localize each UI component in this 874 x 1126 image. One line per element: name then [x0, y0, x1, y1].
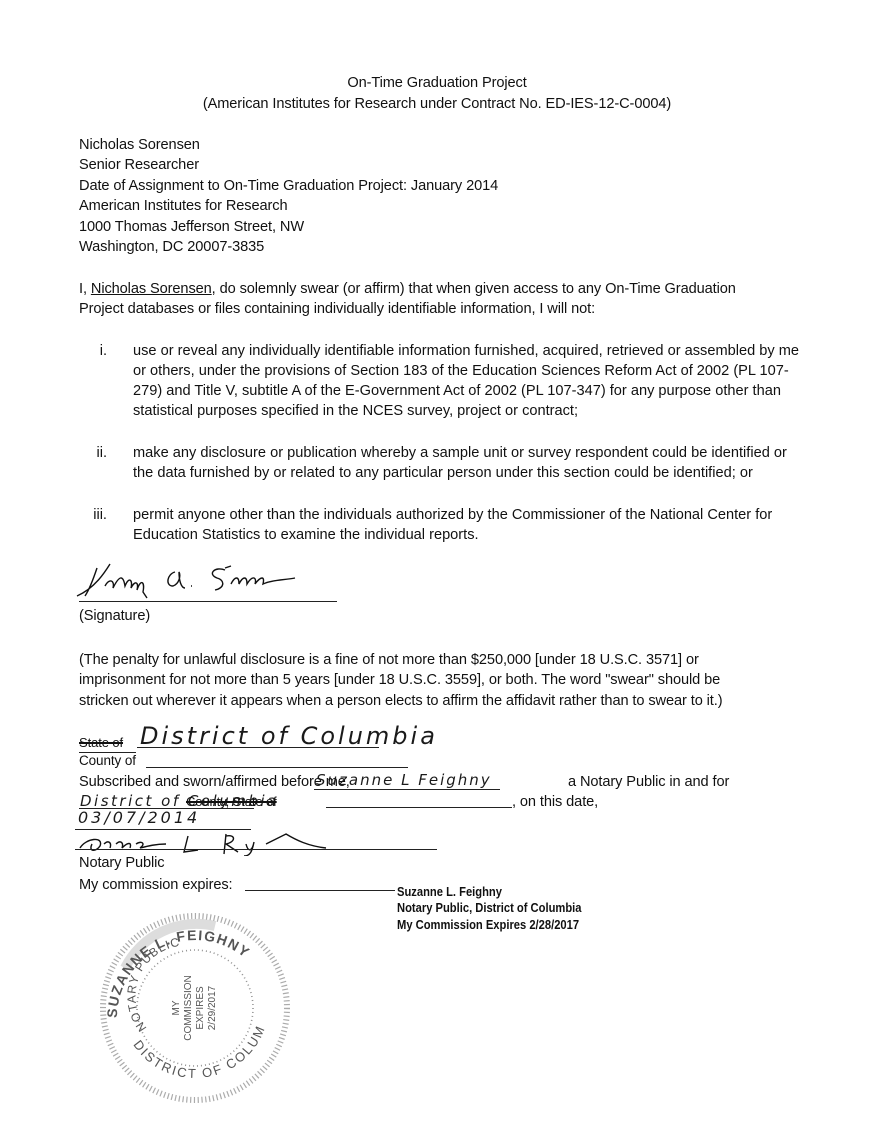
oath-line-2: Project databases or files containing in… [79, 299, 595, 319]
county-line [146, 767, 408, 768]
item-number: i. [77, 341, 107, 361]
signature-line [79, 601, 337, 602]
oath-prefix: I, [79, 281, 91, 297]
item-number: ii. [77, 443, 107, 463]
stamp-expiry: My Commission Expires 2/28/2017 [397, 917, 579, 933]
stamp-title: Notary Public, District of Columbia [397, 900, 581, 916]
oath-line-1: I, Nicholas Sorensen, do solemnly swear … [79, 279, 736, 299]
handwritten-signature [75, 558, 345, 604]
person-position: Senior Researcher [79, 155, 199, 175]
state-value-handwritten: District of Columbia [140, 722, 438, 750]
commission-label: My commission expires: [79, 875, 233, 895]
date-handwritten: 03/07/2014 [78, 808, 200, 828]
seal-center-4: 2/29/2017 [207, 985, 218, 1030]
organization: American Institutes for Research [79, 196, 288, 216]
notary-seal: SUZANNE L. FEIGHNY DISTRICT OF COLUMBIA … [95, 908, 295, 1108]
oath-rest: , do solemnly swear (or affirm) that whe… [212, 281, 736, 297]
item-number: iii. [77, 505, 107, 525]
seal-center-2: COMMISSION [183, 975, 194, 1041]
notary-public-label: Notary Public [79, 853, 165, 873]
document-title: On-Time Graduation Project [0, 73, 874, 93]
seal-center-3: EXPIRES [195, 986, 206, 1030]
notary-public-text: a Notary Public in and for [568, 772, 729, 792]
county-state-line [326, 807, 512, 808]
subscribed-text: Subscribed and sworn/affirmed before me, [79, 772, 350, 792]
penalty-line-1: (The penalty for unlawful disclosure is … [79, 650, 699, 670]
county-label-text: County of [79, 752, 136, 768]
signature-label: (Signature) [79, 606, 150, 626]
penalty-line-2: imprisonment for not more than 5 years [… [79, 670, 720, 690]
person-name: Nicholas Sorensen [79, 135, 200, 155]
list-item: use or reveal any individually identifia… [133, 341, 801, 421]
notary-name-line [314, 789, 500, 790]
commission-line [245, 890, 395, 891]
seal-center-1: MY [171, 1000, 182, 1015]
assignment-date: Date of Assignment to On-Time Graduation… [79, 176, 498, 196]
oath-name: Nicholas Sorensen [91, 281, 212, 297]
document-subtitle: (American Institutes for Research under … [0, 94, 874, 114]
state-label: State of [79, 733, 123, 753]
penalty-line-3: stricken out wherever it appears when a … [79, 691, 722, 711]
affidavit-page: On-Time Graduation Project (American Ins… [0, 0, 874, 1126]
city-address: Washington, DC 20007-3835 [79, 237, 264, 257]
street-address: 1000 Thomas Jefferson Street, NW [79, 217, 304, 237]
county-label: County of [79, 752, 136, 770]
list-item: permit anyone other than the individuals… [133, 505, 793, 545]
list-item: make any disclosure or publication where… [133, 443, 793, 483]
state-line [137, 747, 379, 748]
notary-name-handwritten: Suzanne L Feighny [316, 770, 492, 790]
date-suffix: , on this date, [512, 792, 598, 812]
stamp-name: Suzanne L. Feighny [397, 884, 502, 900]
notary-signature-line [75, 849, 437, 850]
